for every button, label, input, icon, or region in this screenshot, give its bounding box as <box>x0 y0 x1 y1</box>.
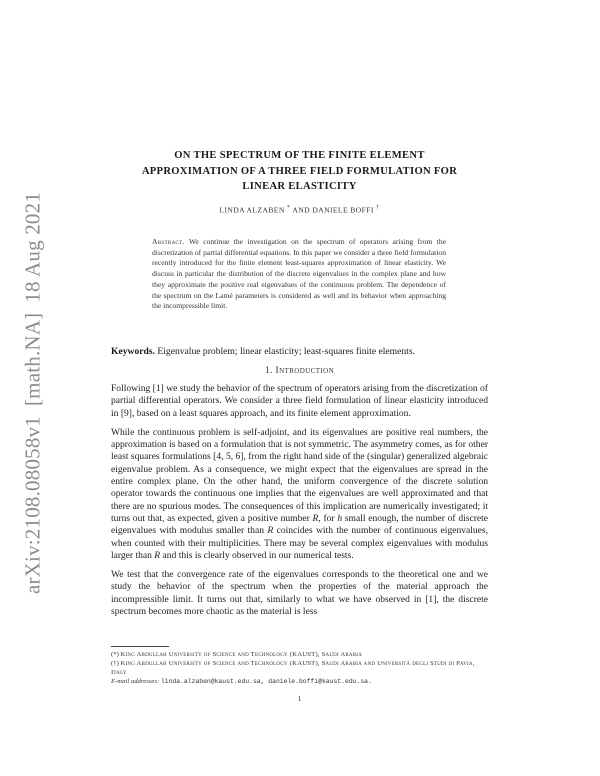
paragraph: Following [1] we study the behavior of t… <box>111 383 488 420</box>
keywords-label: Keywords. <box>111 346 155 357</box>
footnote-mark: (†) <box>111 660 119 667</box>
author-affiliation-mark: † <box>376 205 379 211</box>
keywords: Keywords. Eigenvalue problem; linear ela… <box>111 345 488 358</box>
email-line: E-mail addresses: linda.alzaben@kaust.ed… <box>111 678 488 687</box>
arxiv-date: 18 Aug 2021 <box>21 192 45 303</box>
title-line: ON THE SPECTRUM OF THE FINITE ELEMENT <box>111 148 488 164</box>
footnote-mark: (*) <box>111 651 119 658</box>
abstract-label: Abstract. <box>152 237 185 246</box>
body-text: Following [1] we study the behavior of t… <box>111 383 488 625</box>
paragraph: We test that the convergence rate of the… <box>111 569 488 618</box>
footnote-divider <box>111 646 169 647</box>
email-label: E-mail addresses: <box>111 678 159 685</box>
email-addresses[interactable]: linda.alzaben@kaust.edu.sa, daniele.boff… <box>161 678 372 685</box>
arxiv-sidebar: arXiv:2108.08058v1[math.NA]18 Aug 2021 <box>10 0 40 776</box>
title-line: APPROXIMATION OF A THREE FIELD FORMULATI… <box>111 164 488 180</box>
arxiv-category: [math.NA] <box>21 313 45 406</box>
arxiv-stamp: arXiv:2108.08058v1[math.NA]18 Aug 2021 <box>21 187 46 599</box>
paragraph-text: , for <box>318 513 337 524</box>
title-line: LINEAR ELASTICITY <box>111 179 488 195</box>
footnotes: (*) King Abdullah University of Science … <box>111 651 488 687</box>
paragraph: While the continuous problem is self-adj… <box>111 427 488 563</box>
paragraph-text: and this is clearly observed in our nume… <box>160 550 354 561</box>
abstract-text: We continue the investigation on the spe… <box>152 237 446 310</box>
footnote: (†) King Abdullah University of Science … <box>111 660 488 678</box>
footnote: (*) King Abdullah University of Science … <box>111 651 488 660</box>
section-title: Introduction <box>276 366 334 376</box>
abstract: Abstract. We continue the investigation … <box>152 237 446 312</box>
author-name: LINDA ALZABEN <box>219 206 284 215</box>
paper-title: ON THE SPECTRUM OF THE FINITE ELEMENT AP… <box>111 148 488 195</box>
section-heading: 1. Introduction <box>111 366 488 376</box>
page-number: 1 <box>111 694 488 703</box>
affiliation: King Abdullah University of Science and … <box>111 660 475 676</box>
author-conjunction: AND <box>292 206 310 215</box>
author-list: LINDA ALZABEN * AND DANIELE BOFFI † <box>111 205 488 215</box>
section-number: 1. <box>265 366 273 376</box>
author-affiliation-mark: * <box>287 205 290 211</box>
affiliation: King Abdullah University of Science and … <box>120 651 361 658</box>
paragraph-text: While the continuous problem is self-adj… <box>111 427 488 524</box>
arxiv-id: arXiv:2108.08058v1 <box>21 416 45 594</box>
author-name: DANIELE BOFFI <box>312 206 374 215</box>
keywords-text: Eigenvalue problem; linear elasticity; l… <box>157 346 415 357</box>
